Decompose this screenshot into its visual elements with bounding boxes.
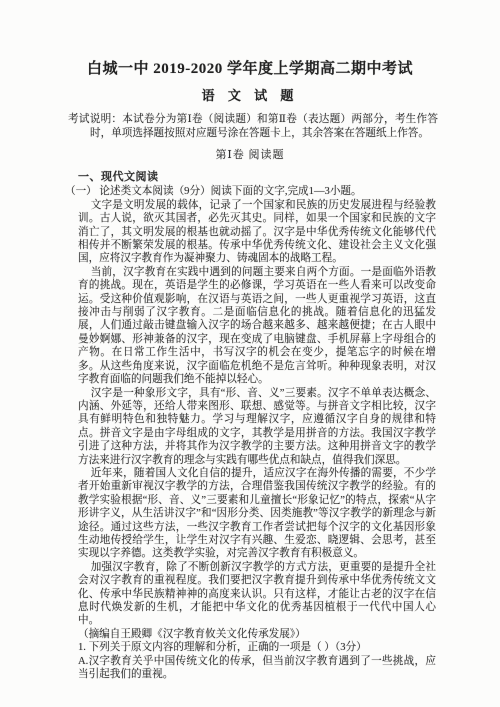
exam-title: 白城一中 2019-2020 学年度上学期高二期中考试 bbox=[0, 57, 500, 78]
passage-content: 一、现代文阅读 （一） 论述类文本阅读（9分）阅读下面的文字,完成1—3小题。 … bbox=[78, 171, 436, 681]
passage-paragraph: 加强汉字教育，除了不断创新汉字教学的方式方法，更重要的是提升全社会对汉字教育的重… bbox=[78, 561, 436, 628]
passage-paragraph: 当前，汉字教育在实践中遇到的问题主要来自两个方面。一是面临外语教育的挑战。现在，… bbox=[78, 266, 436, 387]
exam-paper-page: 白城一中 2019-2020 学年度上学期高二期中考试 语 文 试 题 考试说明… bbox=[0, 0, 500, 707]
passage-paragraph: 近年来，随着国人文化自信的提升，适应汉字在海外传播的需要，不少学者开始重新审视汉… bbox=[78, 467, 436, 561]
source-attribution: （摘编自王殿卿《汉字教育攸关文化传承发展》） bbox=[78, 628, 436, 641]
exam-instructions: 考试说明：本试卷分为第Ⅰ卷（阅读题）和第Ⅱ卷（表达题）两部分，考生作答时，单项选… bbox=[68, 113, 438, 141]
volume-1-header: 第Ⅰ卷 阅读题 bbox=[0, 146, 500, 162]
passage-paragraph: 汉字是一种象形文字，具有“形、音、义”三要素。汉字不单单表达概念、内涵、外延等，… bbox=[78, 387, 436, 467]
passage-paragraph: 文字是文明发展的载体，记录了一个国家和民族的历史发展进程与经验教训。古人说，欲灭… bbox=[78, 199, 436, 266]
section-1-header: 一、现代文阅读 bbox=[78, 171, 436, 184]
exam-subject-title: 语 文 试 题 bbox=[0, 85, 500, 104]
subsection-reading-header: （一） 论述类文本阅读（9分）阅读下面的文字,完成1—3小题。 bbox=[65, 185, 436, 198]
question-1-option-a: A.汉字教育关乎中国传统文化的传承，但当前汉字教育遇到了一些挑战，应当引起我们的… bbox=[78, 655, 436, 682]
question-1-stem: 1. 下列关于原文内容的理解和分析，正确的一项是（ ）（3分） bbox=[78, 641, 436, 654]
